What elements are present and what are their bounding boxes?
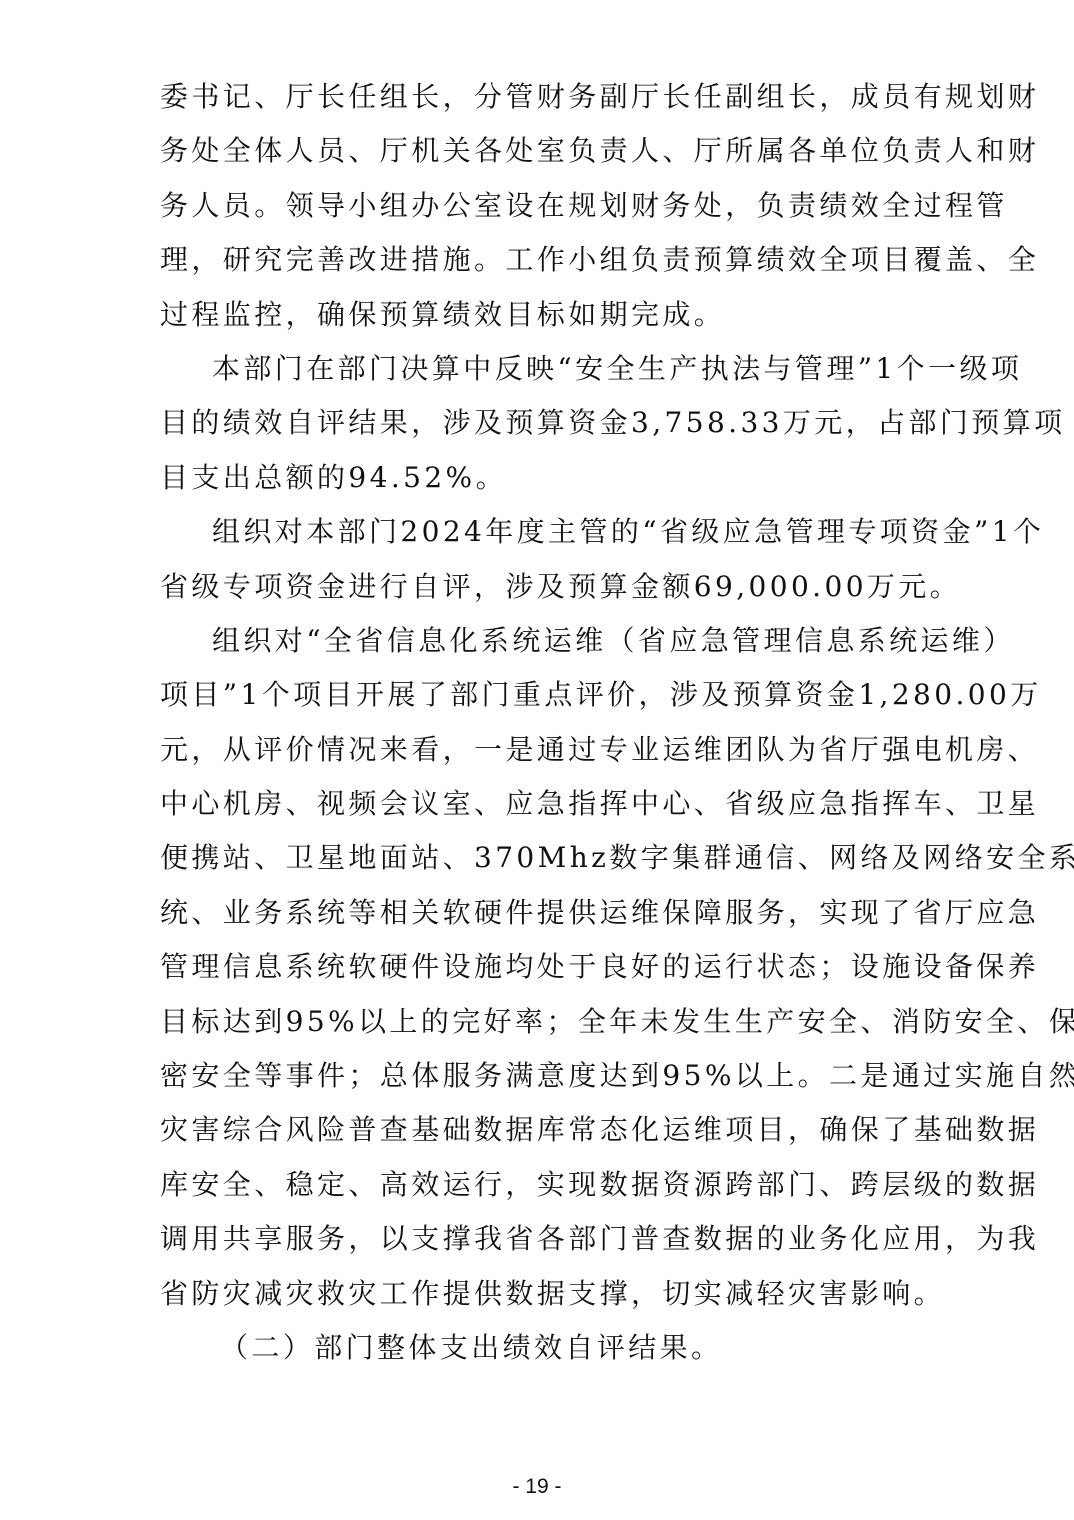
text-line: 中心机房、视频会议室、应急指挥中心、省级应急指挥车、卫星 bbox=[160, 777, 930, 831]
text-line: 理，研究完善改进措施。工作小组负责预算绩效全项目覆盖、全 bbox=[160, 233, 930, 287]
paragraph-level-one-project: 本部门在部门决算中反映“安全生产执法与管理”1个一级项 目的绩效自评结果，涉及预… bbox=[160, 342, 930, 505]
page-number: - 19 - bbox=[0, 1475, 1074, 1499]
text-line: 便携站、卫星地面站、370Mhz数字集群通信、网络及网络安全系 bbox=[160, 831, 930, 885]
text-line: 本部门在部门决算中反映“安全生产执法与管理”1个一级项 bbox=[160, 342, 930, 396]
text-line: 务人员。领导小组办公室设在规划财务处，负责绩效全过程管 bbox=[160, 179, 930, 233]
text-line: 组织对本部门2024年度主管的“省级应急管理专项资金”1个 bbox=[160, 505, 930, 559]
paragraph-key-evaluation: 组织对“全省信息化系统运维（省应急管理信息系统运维） 项目”1个项目开展了部门重… bbox=[160, 614, 930, 1321]
text-line: 过程监控，确保预算绩效目标如期完成。 bbox=[160, 288, 930, 342]
text-line: 调用共享服务，以支撑我省各部门普查数据的业务化应用，为我 bbox=[160, 1212, 930, 1266]
text-line: 元，从评价情况来看，一是通过专业运维团队为省厅强电机房、 bbox=[160, 723, 930, 777]
text-line: 目标达到95%以上的完好率；全年未发生生产安全、消防安全、保 bbox=[160, 995, 930, 1049]
text-line: 省级专项资金进行自评，涉及预算金额69,000.00万元。 bbox=[160, 560, 930, 614]
text-line: 灾害综合风险普查基础数据库常态化运维项目，确保了基础数据 bbox=[160, 1103, 930, 1157]
text-line: 务处全体人员、厅机关各处室负责人、厅所属各单位负责人和财 bbox=[160, 124, 930, 178]
text-line: 库安全、稳定、高效运行，实现数据资源跨部门、跨层级的数据 bbox=[160, 1158, 930, 1212]
section-heading: （二）部门整体支出绩效自评结果。 bbox=[160, 1321, 930, 1375]
document-body: 委书记、厅长任组长，分管财务副厅长任副组长，成员有规划财 务处全体人员、厅机关各… bbox=[160, 70, 930, 1375]
text-line: 省防灾减灾救灾工作提供数据支撑，切实减轻灾害影响。 bbox=[160, 1267, 930, 1321]
text-line: 目的绩效自评结果，涉及预算资金3,758.33万元，占部门预算项 bbox=[160, 396, 930, 450]
text-line: 目支出总额的94.52%。 bbox=[160, 451, 930, 505]
text-line: 统、业务系统等相关软硬件提供运维保障服务，实现了省厅应急 bbox=[160, 886, 930, 940]
text-line: 管理信息系统软硬件设施均处于良好的运行状态；设施设备保养 bbox=[160, 940, 930, 994]
paragraph-special-fund: 组织对本部门2024年度主管的“省级应急管理专项资金”1个 省级专项资金进行自评… bbox=[160, 505, 930, 614]
text-line: 委书记、厅长任组长，分管财务副厅长任副组长，成员有规划财 bbox=[160, 70, 930, 124]
text-line: 密安全等事件；总体服务满意度达到95%以上。二是通过实施自然 bbox=[160, 1049, 930, 1103]
paragraph-leadership-group: 委书记、厅长任组长，分管财务副厅长任副组长，成员有规划财 务处全体人员、厅机关各… bbox=[160, 70, 930, 342]
text-line: 组织对“全省信息化系统运维（省应急管理信息系统运维） bbox=[160, 614, 930, 668]
text-line: 项目”1个项目开展了部门重点评价，涉及预算资金1,280.00万 bbox=[160, 668, 930, 722]
document-page: 委书记、厅长任组长，分管财务副厅长任副组长，成员有规划财 务处全体人员、厅机关各… bbox=[0, 0, 1074, 1520]
